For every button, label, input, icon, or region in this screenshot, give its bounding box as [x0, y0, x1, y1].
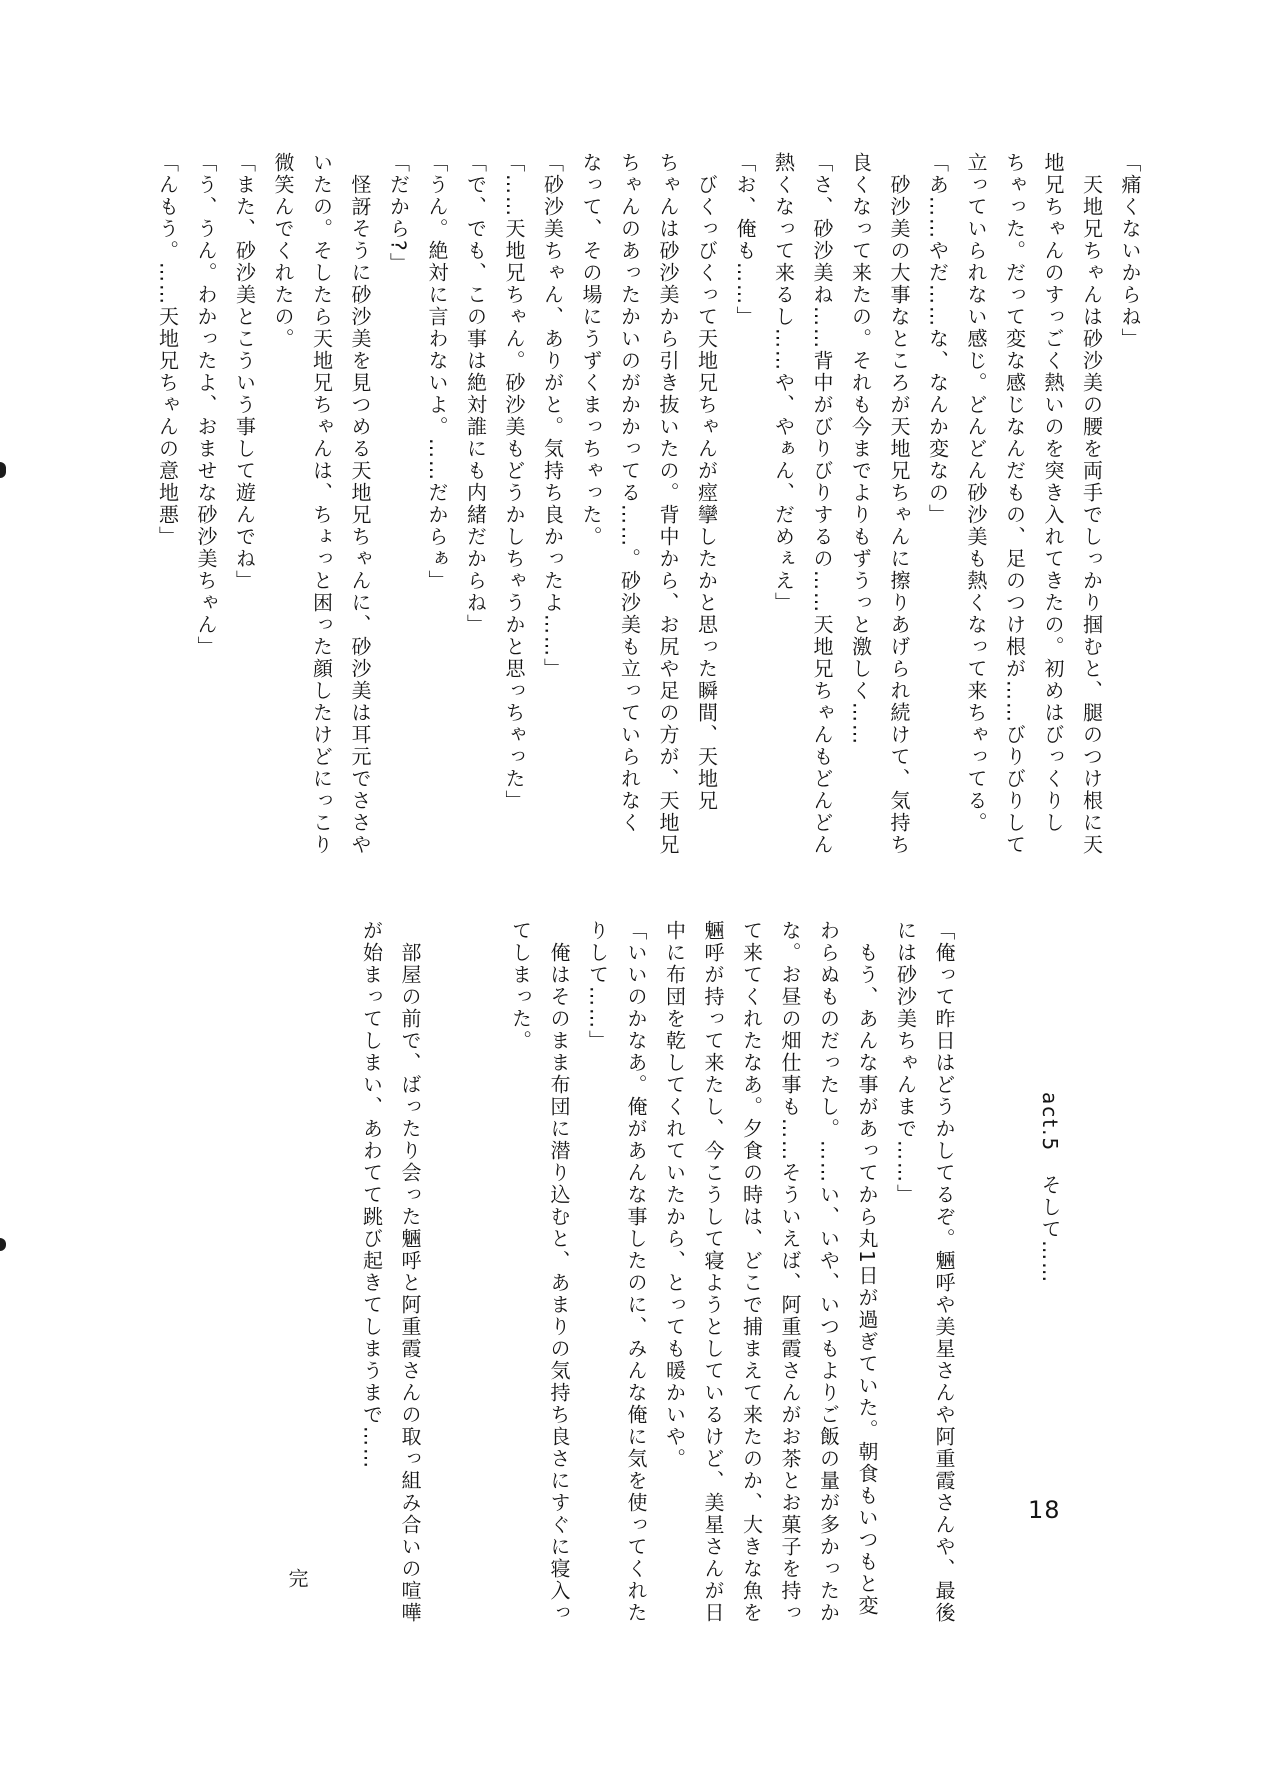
text-column: 怪訝そうに砂沙美を見つめる天地兄ちゃんに、砂沙美は耳元でささや [332, 152, 371, 856]
text-column: てしまった。 [492, 920, 531, 1052]
text-column: 「いいのかなあ。俺があんな事したのに、みんな俺に気を使ってくれた [608, 920, 647, 1624]
text-column: 「うん。絶対に言わないよ。……だからぁ」 [409, 152, 448, 592]
story-text-block-act5: act.5 そして…… 「俺って昨日はどうかしてるぞ。魎呼や美星さんや阿重霞さん… [267, 920, 1060, 1624]
text-column: な。お昼の畑仕事も……そういえば、阿重霞さんがお茶とお菓子を持っ [762, 920, 801, 1624]
text-column: 微笑んでくれたの。 [255, 152, 294, 350]
text-column: ちゃった。だって変な感じなんだもの、足のつけ根が……びりびりして [986, 152, 1025, 856]
text-column: 「また、砂沙美とこういう事して遊んでね」 [216, 152, 255, 592]
text-column: 魎呼が持って来たし、今こうして寝ようとしているけど、美星さんが日 [685, 920, 724, 1624]
text-column: もう、あんな事があってから丸1日が過ぎていた。朝食もいつもと変 [839, 920, 878, 1617]
text-column: びくっびくって天地兄ちゃんが痙攣したかと思った瞬間、天地兄 [678, 152, 717, 812]
text-column: 「俺って昨日はどうかしてるぞ。魎呼や美星さんや阿重霞さんや、最後 [916, 920, 955, 1624]
text-column: ちゃんは砂沙美から引き抜いたの。背中から、お尻や足の方が、天地兄 [640, 152, 679, 856]
text-column: りして……」 [569, 920, 608, 1052]
text-column: 立っていられない感じ。どんどん砂沙美も熱くなって来ちゃってる。 [948, 152, 987, 834]
scan-artifact [0, 462, 6, 478]
text-column: 「さ、砂沙美ね……背中がびりびりするの……天地兄ちゃんもどんどん [794, 152, 833, 856]
scan-artifact [0, 1238, 6, 1251]
text-column: 砂沙美の大事なところが天地兄ちゃんに擦りあげられ続けて、気持ち [871, 152, 910, 856]
text-column: わらぬものだったし。……い、いや、いつもよりご飯の量が多かったか [800, 920, 839, 1624]
story-end-mark: 完 [267, 920, 307, 1590]
text-column: 熱くなって来るし……や、やぁん、だめぇえ」 [755, 152, 794, 614]
text-column: 「んもう。……天地兄ちゃんの意地悪」 [139, 152, 178, 548]
text-column: 良くなって来たの。それも今までよりもずうっと激しく…… [832, 152, 871, 746]
text-column: 「で、でも、この事は絶対誰にも内緒だからね」 [447, 152, 486, 636]
text-column: 「お、俺も……」 [717, 152, 756, 328]
text-column: には砂沙美ちゃんまで……」 [877, 920, 916, 1206]
text-column: ちゃんのあったかいのがかかってる……。砂沙美も立っていられなく [601, 152, 640, 834]
text-column: て来てくれたなあ。夕食の時は、どこで捕まえて来たのか、大きな魚を [723, 920, 762, 1624]
text-column: が始まってしまい、あわてて跳び起きてしまうまで…… [343, 920, 382, 1470]
text-column: いたの。そしたら天地兄ちゃんは、ちょっと困った顔したけどにっこり [293, 152, 332, 856]
doujin-page: 「痛くないからね」天地兄ちゃんは砂沙美の腰を両手でしっかり掴むと、腿のつけ根に天… [0, 0, 1280, 1790]
page-number: 18 [1028, 1496, 1061, 1524]
story-text-block-act4: 「痛くないからね」天地兄ちゃんは砂沙美の腰を両手でしっかり掴むと、腿のつけ根に天… [139, 152, 1140, 856]
text-column: 「……天地兄ちゃん。砂沙美もどうかしちゃうかと思っちゃった」 [486, 152, 525, 812]
text-column: 天地兄ちゃんは砂沙美の腰を両手でしっかり掴むと、腿のつけ根に天 [1063, 152, 1102, 856]
text-column: 地兄ちゃんのすっごく熱いのを突き入れてきたの。初めはびっくりし [1025, 152, 1064, 834]
text-column: 「だから?」 [370, 152, 409, 275]
text-column: なって、その場にうずくまっちゃった。 [563, 152, 602, 548]
text-column: 「痛くないからね」 [1102, 152, 1141, 350]
text-column: 「砂沙美ちゃん、ありがと。気持ち良かったよ……」 [524, 152, 563, 680]
text-column: 「う、うん。わかったよ、おませな砂沙美ちゃん」 [178, 152, 217, 658]
text-column: 俺はそのまま布団に潜り込むと、あまりの気持ち良さにすぐに寝入っ [531, 920, 570, 1624]
text-column: 部屋の前で、ばったり会った魎呼と阿重霞さんの取っ組み合いの喧嘩 [382, 920, 421, 1624]
act5-heading: act.5 そして…… [1020, 920, 1060, 1284]
text-column: 中に布団を乾してくれていたから、とっても暖かいや。 [646, 920, 685, 1470]
text-column: 「あ……やだ……な、なんか変なの」 [909, 152, 948, 526]
